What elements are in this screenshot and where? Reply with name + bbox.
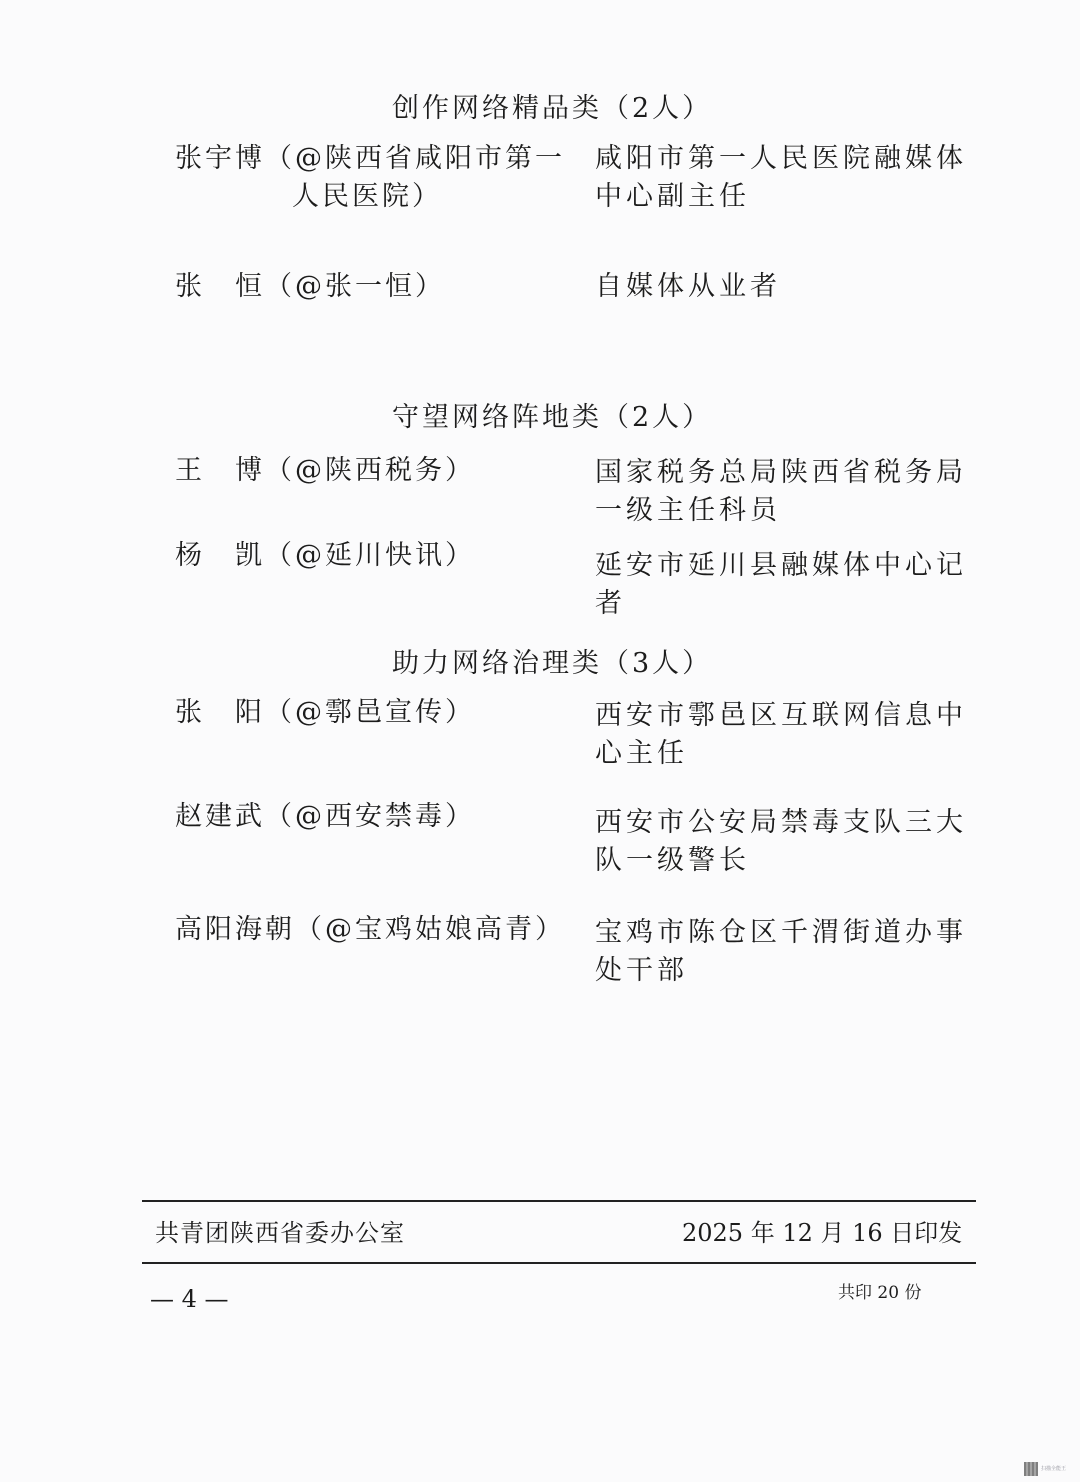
entry-name: 高阳海朝（@宝鸡姑娘高青）: [175, 911, 565, 949]
entry-name: 赵建武（@西安禁毒）: [175, 798, 475, 836]
person-name-part: 王: [175, 455, 205, 486]
person-role: 西安市鄠邑区互联网信息中心主任: [595, 697, 975, 773]
person-name-part: 恒: [235, 271, 265, 302]
person-name-part: 阳: [235, 697, 265, 728]
person-role: 宝鸡市陈仓区千渭街道办事处干部: [595, 914, 975, 990]
person-name-part: 杨: [175, 540, 205, 571]
watermark-text: 扫描全能王: [1041, 1466, 1066, 1472]
entry-name: 杨凯（@延川快讯）: [175, 537, 475, 575]
person-role: 自媒体从业者: [595, 268, 975, 306]
person-role: 咸阳市第一人民医院融媒体中心副主任: [595, 140, 975, 216]
entry-name: 王博（@陕西税务）: [175, 452, 475, 490]
person-role: 国家税务总局陕西省税务局一级主任科员: [595, 454, 975, 530]
person-handle: （@陕西省咸阳市第一: [265, 143, 565, 174]
person-role: 西安市公安局禁毒支队三大队一级警长: [595, 804, 975, 880]
copies-count: 共印 20 份: [838, 1278, 921, 1303]
section-title-governance: 助力网络治理类（3人）: [392, 641, 712, 680]
person-role: 延安市延川县融媒体中心记者: [595, 547, 975, 623]
person-handle: （@鄠邑宣传）: [265, 697, 475, 728]
qr-code-icon: [1024, 1462, 1038, 1476]
person-name-part: 张: [175, 271, 205, 302]
person-name: 张宇博: [175, 143, 265, 174]
entry-name: 张恒（@张一恒）: [175, 268, 445, 306]
person-handle: （@宝鸡姑娘高青）: [295, 914, 565, 945]
document-page: 创作网络精品类（2人） 张宇博（@陕西省咸阳市第一 人民医院） 咸阳市第一人民医…: [0, 0, 1080, 1482]
scanner-watermark: 扫描全能王: [1024, 1462, 1066, 1476]
person-handle-continued: 人民医院）: [175, 178, 565, 216]
person-handle: （@陕西税务）: [265, 455, 475, 486]
issue-date: 2025 年 12 月 16 日印发: [682, 1213, 962, 1248]
footer-top-rule: [142, 1200, 976, 1202]
person-handle: （@延川快讯）: [265, 540, 475, 571]
person-name-part: 张: [175, 697, 205, 728]
entry-name: 张宇博（@陕西省咸阳市第一 人民医院）: [175, 140, 565, 216]
person-name: 高阳海朝: [175, 914, 295, 945]
issuer-name: 共青团陕西省委办公室: [155, 1213, 405, 1248]
person-name: 赵建武: [175, 801, 265, 832]
person-handle: （@张一恒）: [265, 271, 445, 302]
person-handle: （@西安禁毒）: [265, 801, 475, 832]
section-title-creation: 创作网络精品类（2人）: [392, 86, 712, 125]
page-number: — 4 —: [150, 1285, 229, 1313]
person-name-part: 凯: [235, 540, 265, 571]
entry-name: 张阳（@鄠邑宣传）: [175, 694, 475, 732]
person-name-part: 博: [235, 455, 265, 486]
footer-bottom-rule: [142, 1262, 976, 1264]
section-title-guard: 守望网络阵地类（2人）: [392, 395, 712, 434]
